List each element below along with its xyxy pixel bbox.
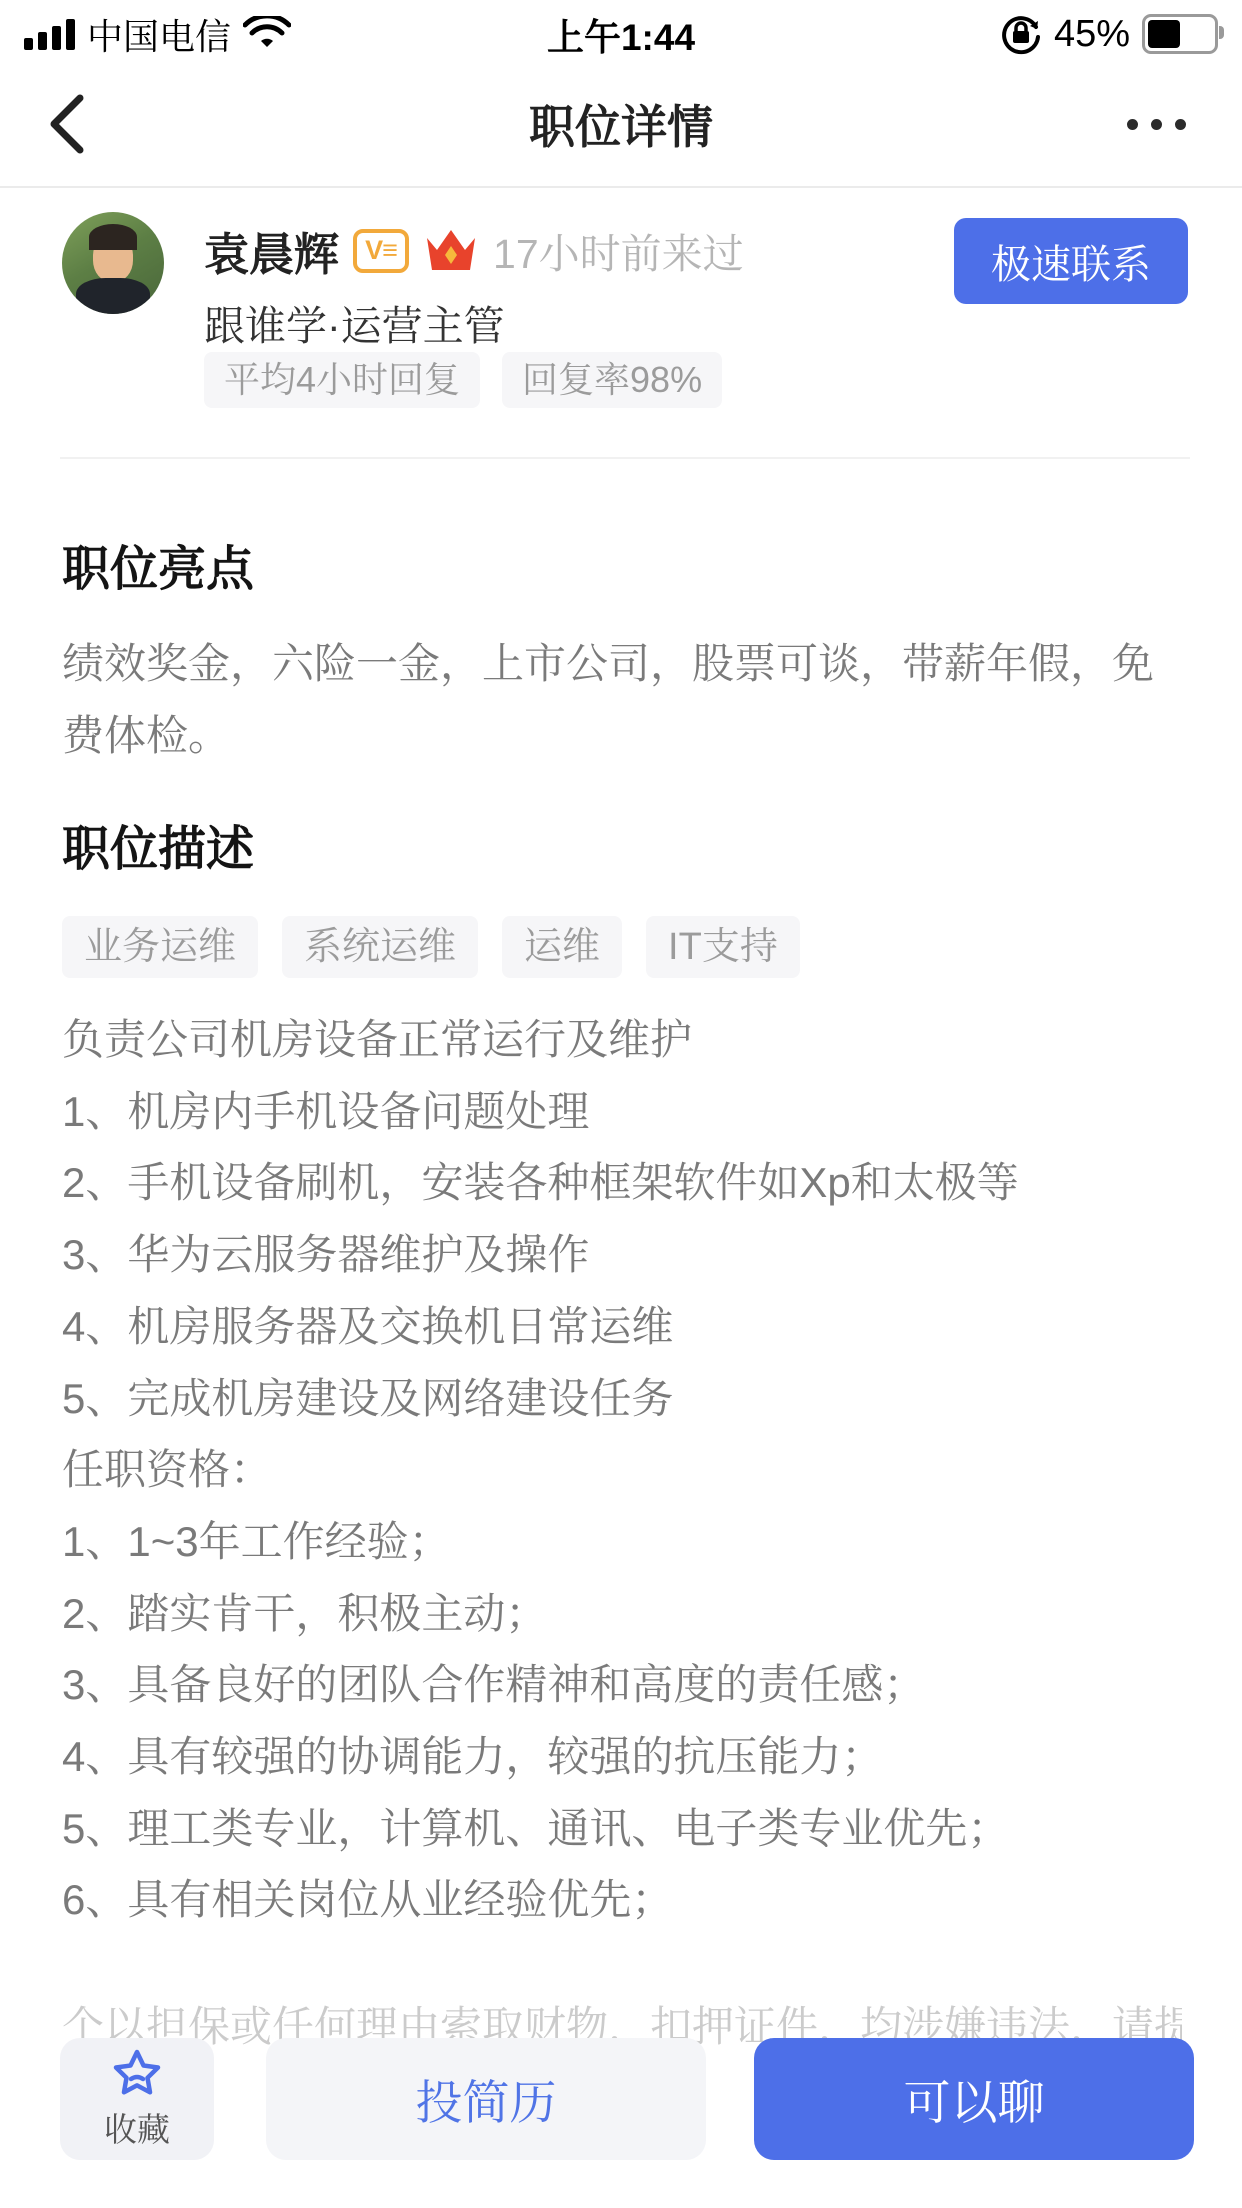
description-line: 4、具有较强的协调能力，较强的抗压能力； xyxy=(62,1721,1192,1793)
skill-tag: 运维 xyxy=(502,916,622,978)
page-title: 职位详情 xyxy=(529,91,713,157)
back-button[interactable] xyxy=(44,86,104,162)
reply-rate-chip: 回复率98% xyxy=(502,352,722,408)
last-active-label: 17小时前来过 xyxy=(493,221,744,280)
description-line: 3、具备良好的团队合作精神和高度的责任感； xyxy=(62,1649,1192,1721)
description-line: 1、1~3年工作经验； xyxy=(62,1506,1192,1578)
quick-contact-button[interactable]: 极速联系 xyxy=(954,218,1188,304)
battery-icon xyxy=(1142,14,1218,54)
favorite-label: 收藏 xyxy=(104,2104,170,2151)
description-line: 任职资格： xyxy=(62,1434,1192,1506)
job-detail-screen: 中国电信 上午1:44 45% xyxy=(0,0,1242,2208)
verified-badge-icon: V≡ xyxy=(353,229,409,273)
recruiter-card: 袁晨辉 V≡ 17小时前来过 跟谁学·运营主管 平均4小时回复 回复率98% 极… xyxy=(0,188,1242,458)
bottom-action-bar: 收藏 投简历 可以聊 xyxy=(0,2038,1242,2162)
recruiter-stats: 平均4小时回复 回复率98% xyxy=(204,352,722,408)
description-line: 6、具有相关岗位从业经验优先； xyxy=(62,1864,1192,1936)
description-line: 2、踏实肯干，积极主动； xyxy=(62,1578,1192,1650)
nav-bar: 职位详情 xyxy=(0,62,1242,188)
skill-tag: 系统运维 xyxy=(282,916,478,978)
clock: 上午1:44 xyxy=(0,7,1242,61)
status-bar: 中国电信 上午1:44 45% xyxy=(0,0,1242,62)
chat-button[interactable]: 可以聊 xyxy=(754,2038,1194,2160)
description-line: 5、理工类专业，计算机、通讯、电子类专业优先； xyxy=(62,1793,1192,1865)
description-line: 1、机房内手机设备问题处理 xyxy=(62,1076,1192,1148)
star-icon xyxy=(111,2048,163,2098)
skill-tags: 业务运维 系统运维 运维 IT支持 xyxy=(62,916,800,978)
battery-fill xyxy=(1148,20,1180,48)
skill-tag: 业务运维 xyxy=(62,916,258,978)
description-section-title: 职位描述 xyxy=(62,810,254,879)
highlight-section-title: 职位亮点 xyxy=(62,530,254,599)
reply-time-chip: 平均4小时回复 xyxy=(204,352,480,408)
recruiter-company-title: 跟谁学·运营主管 xyxy=(204,293,505,352)
description-line: 5、完成机房建设及网络建设任务 xyxy=(62,1363,1192,1435)
description-line: 2、手机设备刷机，安装各种框架软件如Xp和太极等 xyxy=(62,1147,1192,1219)
description-line: 4、机房服务器及交换机日常运维 xyxy=(62,1291,1192,1363)
crown-badge-icon xyxy=(423,226,479,276)
apply-resume-button[interactable]: 投简历 xyxy=(266,2038,706,2160)
avatar[interactable] xyxy=(62,212,164,314)
job-description-text: 负责公司机房设备正常运行及维护 1、机房内手机设备问题处理 2、手机设备刷机，安… xyxy=(62,1004,1192,1936)
recruiter-name: 袁晨辉 xyxy=(204,218,339,283)
more-menu-button[interactable] xyxy=(1127,62,1186,186)
divider xyxy=(60,457,1190,459)
skill-tag: IT支持 xyxy=(646,916,800,978)
description-line: 负责公司机房设备正常运行及维护 xyxy=(62,1004,1192,1076)
favorite-button[interactable]: 收藏 xyxy=(60,2038,214,2160)
description-line: 3、华为云服务器维护及操作 xyxy=(62,1219,1192,1291)
highlight-body: 绩效奖金，六险一金，上市公司，股票可谈，带薪年假，免费体检。 xyxy=(62,628,1190,772)
